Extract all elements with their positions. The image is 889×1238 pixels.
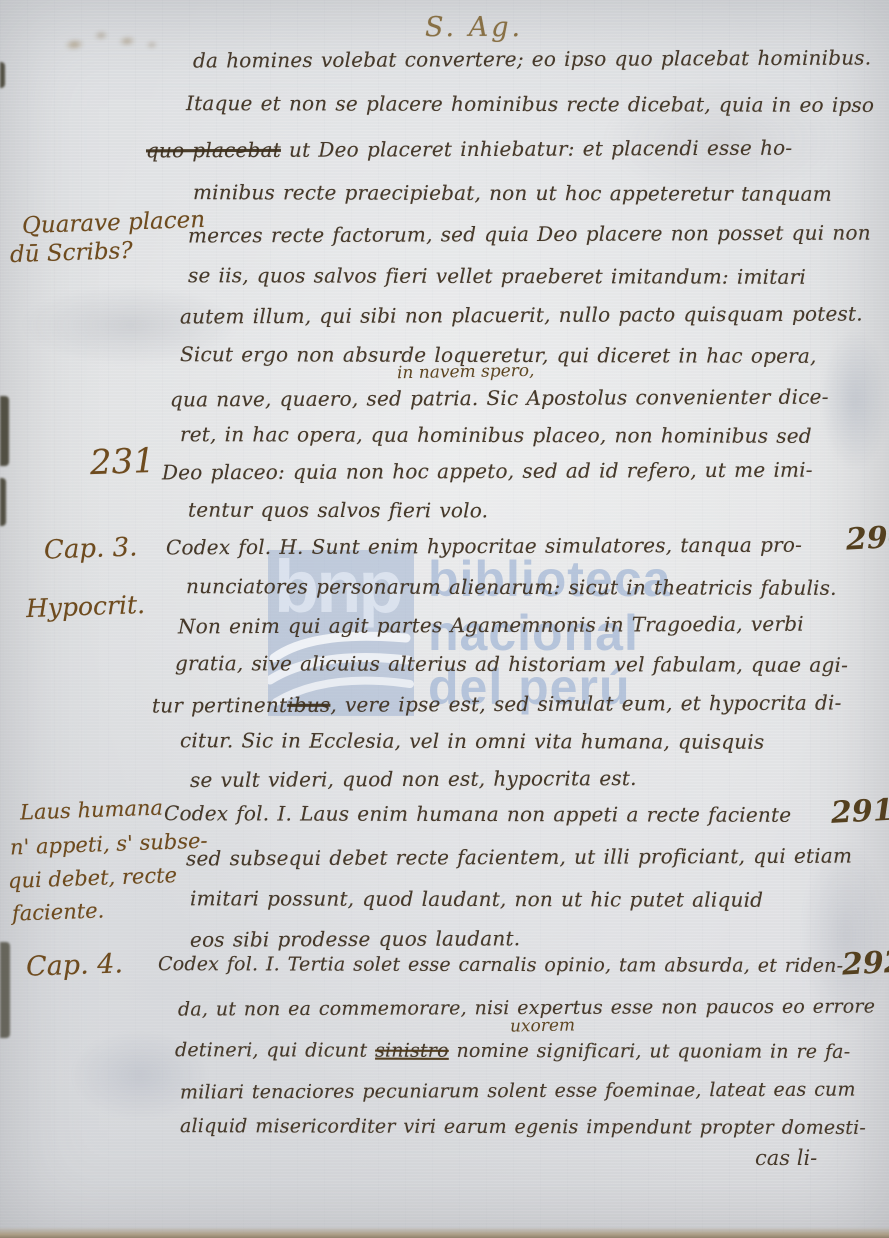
text-segment: ret, in hac opera, qua hominibus placeo,… [180, 422, 812, 448]
margin-note: Cap. 3. [44, 532, 138, 565]
margin-note: Quarave placen [22, 207, 206, 239]
margin-note: Laus humana [20, 796, 164, 825]
text-segment: se iis, quos salvos fieri vellet praeber… [188, 263, 806, 289]
text-segment: da homines volebat convertere; eo ipso q… [193, 46, 871, 73]
folio-number: 290 [845, 519, 889, 557]
text-segment: quo placebat [146, 138, 281, 163]
text-segment: Deo placeo: quia non hoc appeto, sed ad … [162, 458, 813, 485]
margin-note: dū Scribs? [10, 238, 134, 268]
margin-note: 231 [89, 441, 155, 483]
text-segment: gratia, sive alicuius alterius ad histor… [175, 651, 848, 677]
text-line: nunciatores personarum alienarum: sicut … [186, 574, 837, 600]
text-segment: qua nave, quaero, sed patria. Sic Aposto… [170, 385, 829, 412]
text-line: Codex fol. H. Sunt enim hypocritae simul… [166, 533, 802, 560]
text-line: Codex fol. I. Laus enim humana non appet… [164, 801, 791, 827]
text-line: se iis, quos salvos fieri vellet praeber… [188, 263, 806, 289]
text-line: sed subsequi debet recte facientem, ut i… [186, 844, 852, 871]
text-line: tur pertinentibus, vere ipse est, sed si… [152, 690, 842, 717]
text-segment: Codex fol. I. Laus enim humana non appet… [164, 801, 791, 827]
binding-edge-mark [0, 942, 10, 1038]
text-segment: citur. Sic in Ecclesia, vel in omni vita… [180, 728, 764, 754]
binding-edge-mark [0, 478, 6, 526]
text-segment: minibus recte praecipiebat, non ut hoc a… [193, 180, 832, 206]
folio-number: 292 [841, 944, 889, 982]
page-bottom-edge [0, 1227, 889, 1238]
text-line: ret, in hac opera, qua hominibus placeo,… [180, 422, 812, 448]
manuscript-page: bnp biblioteca nacional del perú S. Ag. … [0, 0, 889, 1238]
text-segment: aliquid misericorditer viri earum egenis… [180, 1115, 866, 1139]
text-line: gratia, sive alicuius alterius ad histor… [175, 651, 848, 677]
catchword: cas li- [755, 1146, 817, 1170]
binding-edge-mark [0, 396, 9, 466]
text-line: Codex fol. I. Tertia solet esse carnalis… [158, 953, 843, 977]
text-line: detineri, qui dicunt sinistro nomine sig… [175, 1039, 850, 1063]
text-segment: nomine significari, ut quoniam in re fa- [449, 1040, 851, 1063]
margin-note: qui debet, recte [8, 863, 178, 893]
text-segment: se vult videri, quod non est, hypocrita … [190, 766, 637, 792]
text-segment: Codex fol. I. Tertia solet esse carnalis… [158, 953, 843, 977]
text-line: merces recte factorum, sed quia Deo plac… [188, 221, 871, 248]
margin-note: faciente. [12, 898, 105, 925]
margin-note: n' appeti, s' subse- [10, 829, 208, 860]
text-segment: Codex fol. H. Sunt enim hypocritae simul… [166, 533, 802, 560]
text-segment: ibus [287, 693, 330, 717]
margin-note: Cap. 4. [25, 948, 123, 982]
text-line: citur. Sic in Ecclesia, vel in omni vita… [180, 728, 764, 754]
text-line: minibus recte praecipiebat, non ut hoc a… [193, 180, 832, 206]
interlinear-insertion: in navem spero, [397, 361, 535, 383]
text-line: imitari possunt, quod laudant, non ut hi… [190, 886, 763, 912]
text-segment: miliari tenaciores pecuniarum solent ess… [180, 1079, 856, 1104]
text-line: da homines volebat convertere; eo ipso q… [193, 46, 871, 73]
page-header: S. Ag. [425, 12, 523, 43]
text-line: quo placebat ut Deo placeret inhiebatur:… [146, 136, 792, 163]
text-segment: sed subsequi debet recte facientem, ut i… [186, 844, 852, 871]
text-segment: eos sibi prodesse quos laudant. [190, 926, 520, 951]
folio-number: 291. [830, 792, 889, 831]
text-line: aliquid misericorditer viri earum egenis… [180, 1115, 866, 1139]
ink-smudge [50, 12, 164, 65]
text-line: qua nave, quaero, sed patria. Sic Aposto… [170, 385, 829, 412]
text-segment: merces recte factorum, sed quia Deo plac… [188, 221, 871, 248]
text-segment: tentur quos salvos fieri volo. [188, 498, 488, 523]
text-line: eos sibi prodesse quos laudant. [190, 926, 520, 951]
text-segment: , vere ipse est, sed simulat eum, et hyp… [330, 690, 841, 716]
text-line: Deo placeo: quia non hoc appeto, sed ad … [162, 458, 813, 485]
text-segment: imitari possunt, quod laudant, non ut hi… [190, 886, 763, 912]
text-segment: autem illum, qui sibi non placuerit, nul… [180, 302, 863, 329]
text-line: autem illum, qui sibi non placuerit, nul… [180, 302, 863, 329]
showthrough-mark [820, 330, 889, 470]
margin-note: Hypocrit. [26, 590, 146, 623]
text-segment: Non enim qui agit partes Agamemnonis in … [178, 612, 804, 639]
text-segment: tur pertinent [152, 693, 287, 718]
binding-edge-mark [0, 62, 5, 88]
interlinear-insertion: uxorem [510, 1015, 575, 1036]
text-segment: ut Deo placeret inhiebatur: et placendi … [281, 136, 793, 162]
text-line: Itaque et non se placere hominibus recte… [186, 91, 874, 117]
text-segment: detineri, qui dicunt [175, 1039, 375, 1062]
text-line: miliari tenaciores pecuniarum solent ess… [180, 1079, 856, 1104]
text-line: se vult videri, quod non est, hypocrita … [190, 766, 637, 792]
text-line: Non enim qui agit partes Agamemnonis in … [178, 612, 804, 639]
text-segment: nunciatores personarum alienarum: sicut … [186, 574, 837, 600]
text-line: tentur quos salvos fieri volo. [188, 498, 488, 523]
text-segment: sinistro [375, 1040, 449, 1062]
text-segment: Itaque et non se placere hominibus recte… [186, 91, 874, 117]
